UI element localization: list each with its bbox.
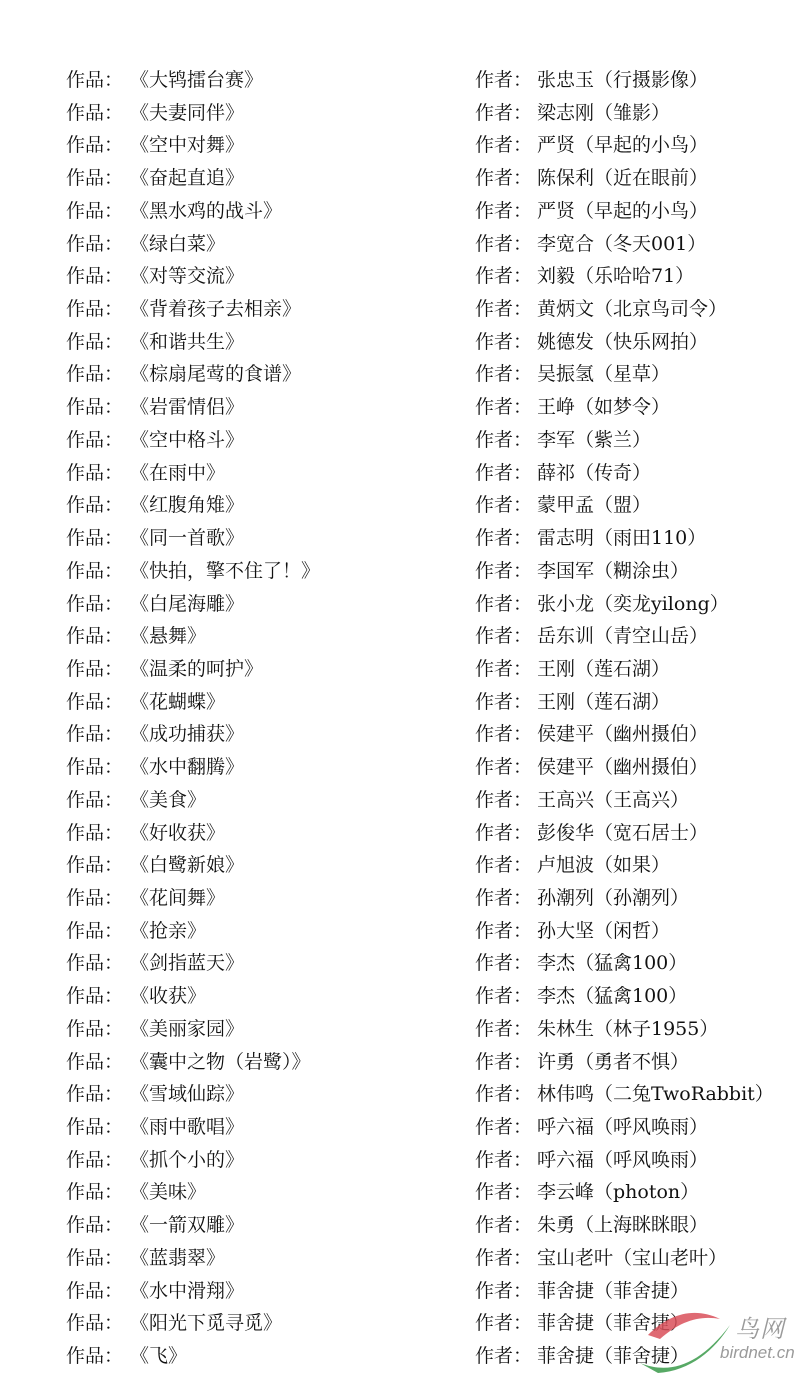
author-label: 作者： [475, 1340, 532, 1373]
work-label: 作品： [66, 228, 123, 261]
author-label: 作者： [475, 1209, 532, 1242]
work-label: 作品： [66, 1046, 123, 1079]
author-name: 刘毅（乐哈哈71） [537, 260, 694, 293]
author-name: 张小龙（奕龙yilong） [537, 588, 729, 621]
author-label: 作者： [475, 1111, 532, 1144]
work-label: 作品： [66, 653, 123, 686]
work-label: 作品： [66, 326, 123, 359]
author-name: 严贤（早起的小鸟） [537, 195, 708, 228]
author-label: 作者： [475, 849, 532, 882]
author-label: 作者： [475, 391, 532, 424]
list-item: 作品： 《岩雷情侣》 作者： 王峥（如梦令） [0, 391, 800, 424]
work-title: 《白尾海雕》 [130, 588, 244, 621]
work-label: 作品： [66, 1340, 123, 1373]
list-item: 作品： 《空中对舞》 作者： 严贤（早起的小鸟） [0, 129, 800, 162]
work-label: 作品： [66, 751, 123, 784]
work-title: 《飞》 [130, 1340, 187, 1373]
list-item: 作品： 《抢亲》 作者： 孙大坚（闲哲） [0, 915, 800, 948]
author-name: 岳东训（青空山岳） [537, 620, 708, 653]
work-title: 《快拍，擎不住了！》 [130, 555, 320, 588]
list-item: 作品： 《剑指蓝天》 作者： 李杰（猛禽100） [0, 947, 800, 980]
author-name: 吴振氢（星草） [537, 358, 670, 391]
work-title: 《奋起直追》 [130, 162, 244, 195]
author-label: 作者： [475, 915, 532, 948]
author-label: 作者： [475, 882, 532, 915]
author-name: 菲舍捷（菲舍捷） [537, 1275, 689, 1308]
list-item: 作品： 《一箭双雕》 作者： 朱勇（上海眯眯眼） [0, 1209, 800, 1242]
work-title: 《同一首歌》 [130, 522, 244, 555]
author-label: 作者： [475, 260, 532, 293]
work-label: 作品： [66, 1144, 123, 1177]
work-label: 作品： [66, 1307, 123, 1340]
work-title: 《大鸨擂台赛》 [130, 64, 263, 97]
author-name: 薛祁（传奇） [537, 457, 651, 490]
birdnet-watermark: 鸟网 birdnet.cn [640, 1305, 800, 1379]
author-name: 黄炳文（北京鸟司令） [537, 293, 727, 326]
author-label: 作者： [475, 980, 532, 1013]
work-label: 作品： [66, 620, 123, 653]
list-item: 作品： 《雨中歌唱》 作者： 呼六福（呼风唤雨） [0, 1111, 800, 1144]
author-name: 侯建平（幽州摄伯） [537, 751, 708, 784]
author-name: 张忠玉（行摄影像） [537, 64, 708, 97]
author-label: 作者： [475, 1242, 532, 1275]
list-item: 作品： 《奋起直追》 作者： 陈保利（近在眼前） [0, 162, 800, 195]
birdnet-logo-icon [640, 1305, 750, 1379]
author-label: 作者： [475, 326, 532, 359]
author-name: 蒙甲孟（盟） [537, 489, 651, 522]
list-item: 作品： 《同一首歌》 作者： 雷志明（雨田110） [0, 522, 800, 555]
work-label: 作品： [66, 817, 123, 850]
work-label: 作品： [66, 1242, 123, 1275]
author-name: 李宽合（冬天001） [537, 228, 706, 261]
work-label: 作品： [66, 915, 123, 948]
list-item: 作品： 《绿白菜》 作者： 李宽合（冬天001） [0, 228, 800, 261]
watermark-domain: birdnet.cn [720, 1343, 795, 1363]
author-name: 严贤（早起的小鸟） [537, 129, 708, 162]
author-name: 李杰（猛禽100） [537, 980, 687, 1013]
list-item: 作品： 《白鹭新娘》 作者： 卢旭波（如果） [0, 849, 800, 882]
author-label: 作者： [475, 293, 532, 326]
author-label: 作者： [475, 1176, 532, 1209]
work-title: 《水中翻腾》 [130, 751, 244, 784]
author-name: 许勇（勇者不惧） [537, 1046, 689, 1079]
work-label: 作品： [66, 457, 123, 490]
work-label: 作品： [66, 849, 123, 882]
work-title: 《绿白菜》 [130, 228, 225, 261]
author-label: 作者： [475, 620, 532, 653]
list-item: 作品： 《美味》 作者： 李云峰（photon） [0, 1176, 800, 1209]
list-item: 作品： 《美食》 作者： 王高兴（王高兴） [0, 784, 800, 817]
work-title: 《好收获》 [130, 817, 225, 850]
author-label: 作者： [475, 1275, 532, 1308]
author-label: 作者： [475, 64, 532, 97]
author-name: 孙潮列（孙潮列） [537, 882, 689, 915]
list-item: 作品： 《温柔的呵护》 作者： 王刚（莲石湖） [0, 653, 800, 686]
author-label: 作者： [475, 1046, 532, 1079]
work-title: 《对等交流》 [130, 260, 244, 293]
author-name: 王刚（莲石湖） [537, 653, 670, 686]
work-label: 作品： [66, 162, 123, 195]
work-label: 作品： [66, 64, 123, 97]
list-item: 作品： 《和谐共生》 作者： 姚德发（快乐网拍） [0, 326, 800, 359]
author-name: 王刚（莲石湖） [537, 686, 670, 719]
author-label: 作者： [475, 653, 532, 686]
author-label: 作者： [475, 358, 532, 391]
work-label: 作品： [66, 97, 123, 130]
work-title: 《花蝴蝶》 [130, 686, 225, 719]
work-title: 《岩雷情侣》 [130, 391, 244, 424]
work-label: 作品： [66, 293, 123, 326]
author-label: 作者： [475, 129, 532, 162]
work-title: 《红腹角雉》 [130, 489, 244, 522]
work-title: 《成功捕获》 [130, 718, 244, 751]
work-title: 《夫妻同伴》 [130, 97, 244, 130]
work-label: 作品： [66, 686, 123, 719]
author-name: 陈保利（近在眼前） [537, 162, 708, 195]
list-item: 作品： 《雪域仙踪》 作者： 林伟鸣（二兔TwoRabbit） [0, 1078, 800, 1111]
author-label: 作者： [475, 1144, 532, 1177]
author-name: 朱勇（上海眯眯眼） [537, 1209, 708, 1242]
list-item: 作品： 《白尾海雕》 作者： 张小龙（奕龙yilong） [0, 588, 800, 621]
work-title: 《美味》 [130, 1176, 206, 1209]
work-label: 作品： [66, 588, 123, 621]
list-item: 作品： 《蓝翡翠》 作者： 宝山老叶（宝山老叶） [0, 1242, 800, 1275]
work-title: 《美食》 [130, 784, 206, 817]
author-name: 卢旭波（如果） [537, 849, 670, 882]
work-label: 作品： [66, 489, 123, 522]
author-name: 宝山老叶（宝山老叶） [537, 1242, 727, 1275]
author-label: 作者： [475, 751, 532, 784]
list-item: 作品： 《成功捕获》 作者： 侯建平（幽州摄伯） [0, 718, 800, 751]
work-label: 作品： [66, 718, 123, 751]
list-item: 作品： 《快拍，擎不住了！》 作者： 李国军（糊涂虫） [0, 555, 800, 588]
list-item: 作品： 《好收获》 作者： 彭俊华（宽石居士） [0, 817, 800, 850]
author-name: 呼六福（呼风唤雨） [537, 1144, 708, 1177]
author-label: 作者： [475, 555, 532, 588]
author-label: 作者： [475, 686, 532, 719]
author-name: 朱林生（林子1955） [537, 1013, 718, 1046]
work-title: 《空中格斗》 [130, 424, 244, 457]
work-title: 《蓝翡翠》 [130, 1242, 225, 1275]
work-label: 作品： [66, 129, 123, 162]
author-label: 作者： [475, 424, 532, 457]
work-title: 《抢亲》 [130, 915, 206, 948]
list-item: 作品： 《黑水鸡的战斗》 作者： 严贤（早起的小鸟） [0, 195, 800, 228]
work-title: 《一箭双雕》 [130, 1209, 244, 1242]
work-label: 作品： [66, 784, 123, 817]
author-name: 雷志明（雨田110） [537, 522, 706, 555]
works-list: 作品： 《大鸨擂台赛》 作者： 张忠玉（行摄影像） 作品： 《夫妻同伴》 作者：… [0, 64, 800, 1373]
work-title: 《雨中歌唱》 [130, 1111, 244, 1144]
work-title: 《棕扇尾莺的食谱》 [130, 358, 301, 391]
work-label: 作品： [66, 195, 123, 228]
work-title: 《水中滑翔》 [130, 1275, 244, 1308]
work-label: 作品： [66, 358, 123, 391]
author-name: 彭俊华（宽石居士） [537, 817, 708, 850]
author-name: 王峥（如梦令） [537, 391, 670, 424]
work-title: 《背着孩子去相亲》 [130, 293, 301, 326]
work-label: 作品： [66, 1209, 123, 1242]
author-name: 李军（紫兰） [537, 424, 651, 457]
list-item: 作品： 《空中格斗》 作者： 李军（紫兰） [0, 424, 800, 457]
work-label: 作品： [66, 391, 123, 424]
author-name: 姚德发（快乐网拍） [537, 326, 708, 359]
list-item: 作品： 《背着孩子去相亲》 作者： 黄炳文（北京鸟司令） [0, 293, 800, 326]
list-item: 作品： 《红腹角雉》 作者： 蒙甲孟（盟） [0, 489, 800, 522]
work-label: 作品： [66, 260, 123, 293]
list-item: 作品： 《水中滑翔》 作者： 菲舍捷（菲舍捷） [0, 1275, 800, 1308]
work-label: 作品： [66, 947, 123, 980]
list-item: 作品： 《囊中之物（岩鹭）》 作者： 许勇（勇者不惧） [0, 1046, 800, 1079]
author-name: 呼六福（呼风唤雨） [537, 1111, 708, 1144]
work-title: 《抓个小的》 [130, 1144, 244, 1177]
list-item: 作品： 《收获》 作者： 李杰（猛禽100） [0, 980, 800, 1013]
work-label: 作品： [66, 980, 123, 1013]
author-name: 李杰（猛禽100） [537, 947, 687, 980]
work-title: 《阳光下觅寻觅》 [130, 1307, 282, 1340]
work-title: 《雪域仙踪》 [130, 1078, 244, 1111]
list-item: 作品： 《花蝴蝶》 作者： 王刚（莲石湖） [0, 686, 800, 719]
list-item: 作品： 《花间舞》 作者： 孙潮列（孙潮列） [0, 882, 800, 915]
work-title: 《悬舞》 [130, 620, 206, 653]
work-label: 作品： [66, 1078, 123, 1111]
work-title: 《温柔的呵护》 [130, 653, 263, 686]
author-label: 作者： [475, 457, 532, 490]
work-title: 《囊中之物（岩鹭）》 [130, 1046, 311, 1079]
list-item: 作品： 《抓个小的》 作者： 呼六福（呼风唤雨） [0, 1144, 800, 1177]
author-name: 王高兴（王高兴） [537, 784, 689, 817]
author-label: 作者： [475, 489, 532, 522]
author-label: 作者： [475, 522, 532, 555]
work-title: 《收获》 [130, 980, 206, 1013]
work-label: 作品： [66, 424, 123, 457]
watermark-name: 鸟网 [735, 1309, 785, 1344]
author-name: 林伟鸣（二兔TwoRabbit） [537, 1078, 774, 1111]
work-title: 《和谐共生》 [130, 326, 244, 359]
work-label: 作品： [66, 1111, 123, 1144]
author-label: 作者： [475, 1307, 532, 1340]
author-name: 孙大坚（闲哲） [537, 915, 670, 948]
work-label: 作品： [66, 1013, 123, 1046]
list-item: 作品： 《水中翻腾》 作者： 侯建平（幽州摄伯） [0, 751, 800, 784]
work-title: 《空中对舞》 [130, 129, 244, 162]
author-label: 作者： [475, 718, 532, 751]
author-name: 梁志刚（雏影） [537, 97, 670, 130]
author-label: 作者： [475, 195, 532, 228]
work-label: 作品： [66, 1176, 123, 1209]
author-label: 作者： [475, 784, 532, 817]
work-label: 作品： [66, 882, 123, 915]
list-item: 作品： 《大鸨擂台赛》 作者： 张忠玉（行摄影像） [0, 64, 800, 97]
author-label: 作者： [475, 228, 532, 261]
author-label: 作者： [475, 588, 532, 621]
work-title: 《美丽家园》 [130, 1013, 244, 1046]
author-label: 作者： [475, 817, 532, 850]
list-item: 作品： 《夫妻同伴》 作者： 梁志刚（雏影） [0, 97, 800, 130]
work-title: 《白鹭新娘》 [130, 849, 244, 882]
author-label: 作者： [475, 1078, 532, 1111]
list-item: 作品： 《对等交流》 作者： 刘毅（乐哈哈71） [0, 260, 800, 293]
list-item: 作品： 《美丽家园》 作者： 朱林生（林子1955） [0, 1013, 800, 1046]
author-label: 作者： [475, 1013, 532, 1046]
list-item: 作品： 《悬舞》 作者： 岳东训（青空山岳） [0, 620, 800, 653]
work-title: 《黑水鸡的战斗》 [130, 195, 282, 228]
author-name: 李国军（糊涂虫） [537, 555, 689, 588]
list-item: 作品： 《棕扇尾莺的食谱》 作者： 吴振氢（星草） [0, 358, 800, 391]
list-item: 作品： 《在雨中》 作者： 薛祁（传奇） [0, 457, 800, 490]
author-name: 李云峰（photon） [537, 1176, 699, 1209]
author-label: 作者： [475, 97, 532, 130]
author-label: 作者： [475, 162, 532, 195]
work-title: 《在雨中》 [130, 457, 225, 490]
work-label: 作品： [66, 555, 123, 588]
author-name: 侯建平（幽州摄伯） [537, 718, 708, 751]
work-title: 《剑指蓝天》 [130, 947, 244, 980]
author-label: 作者： [475, 947, 532, 980]
work-label: 作品： [66, 1275, 123, 1308]
work-label: 作品： [66, 522, 123, 555]
work-title: 《花间舞》 [130, 882, 225, 915]
